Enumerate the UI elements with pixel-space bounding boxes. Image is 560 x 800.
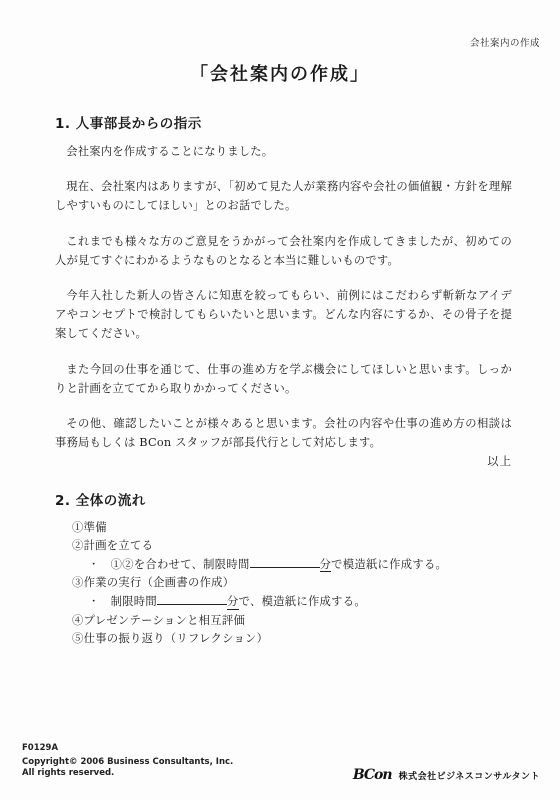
flow-step-4-label: ④プレゼンテーションと相互評価	[72, 614, 245, 627]
section2-heading: 2. 全体の流れ	[55, 489, 512, 509]
flow-bullet-2-pre: 制限時間	[111, 595, 157, 608]
paragraph-3: これまでも様々な方のご意見をうかがって会社案内を作成してきましたが、初めての人が…	[55, 232, 512, 270]
flow-bullet-2: ・制限時間分で、模造紙に作成する。	[88, 593, 512, 612]
paragraph-5: また今回の仕事を通じて、仕事の進め方を学ぶ機会にしてほしいと思います。しっかりと…	[55, 360, 512, 398]
document-code: F0129A	[22, 743, 233, 753]
closing-text: 以上	[55, 452, 512, 471]
document-page: 会社案内の作成 「会社案内の作成」 1. 人事部長からの指示 会社案内を作成する…	[0, 0, 560, 800]
flow-bullet-1-post: で模造紙に作成する。	[331, 558, 447, 571]
section-instructions: 1. 人事部長からの指示 会社案内を作成することになりました。 現在、会社案内は…	[55, 112, 512, 472]
flow-step-1-label: ①準備	[72, 521, 107, 534]
flow-step-2: ②計画を立てる	[72, 537, 512, 556]
flow-step-3: ③作業の実行（企画書の作成）	[72, 574, 512, 593]
flow-step-2-label: ②計画を立てる	[72, 539, 153, 552]
flow-bullet-1-pre: ①②を合わせて、制限時間	[111, 558, 250, 571]
running-header-label: 会社案内の作成	[470, 35, 540, 49]
flow-bullet-1-unit: 分	[320, 558, 332, 573]
page-footer: F0129A Copyright© 2006 Business Consulta…	[22, 743, 540, 778]
flow-step-3-label: ③作業の実行（企画書の作成）	[72, 576, 234, 589]
footer-right-block: BCon 株式会社ビジネスコンサルタント	[353, 767, 540, 783]
fill-in-blank-2	[157, 594, 227, 605]
flow-step-4: ④プレゼンテーションと相互評価	[72, 612, 512, 631]
flow-bullet-2-unit: 分	[227, 595, 239, 610]
bullet-icon: ・	[89, 594, 99, 610]
paragraph-2: 現在、会社案内はありますが、「初めて見た人が業務内容や会社の価値観・方針を理解し…	[55, 177, 512, 215]
company-name: 株式会社ビジネスコンサルタント	[399, 769, 540, 782]
flow-list: ①準備 ②計画を立てる ・①②を合わせて、制限時間分で模造紙に作成する。 ③作業…	[55, 519, 512, 649]
section-overall-flow: 2. 全体の流れ ①準備 ②計画を立てる ・①②を合わせて、制限時間分で模造紙に…	[55, 489, 512, 649]
fill-in-blank-1	[250, 557, 320, 568]
footer-left-block: F0129A Copyright© 2006 Business Consulta…	[22, 743, 233, 778]
flow-bullet-2-post: で、模造紙に作成する。	[239, 595, 366, 608]
document-body: 1. 人事部長からの指示 会社案内を作成することになりました。 現在、会社案内は…	[55, 112, 512, 649]
paragraph-6: その他、確認したいことが様々あると思います。会社の内容や仕事の進め方の相談は事務…	[55, 414, 512, 452]
paragraph-1: 会社案内を作成することになりました。	[55, 142, 512, 161]
flow-step-5-label: ⑤仕事の振り返り（リフレクション）	[72, 632, 268, 645]
paragraph-4: 今年入社した新人の皆さんに知恵を絞ってもらい、前例にはこだわらず斬新なアイデアや…	[55, 286, 512, 344]
copyright-line-2: All rights reserved.	[22, 768, 233, 779]
bullet-icon: ・	[89, 557, 99, 573]
flow-step-5: ⑤仕事の振り返り（リフレクション）	[72, 630, 512, 649]
flow-bullet-1: ・①②を合わせて、制限時間分で模造紙に作成する。	[88, 556, 512, 575]
section1-heading: 1. 人事部長からの指示	[55, 112, 512, 132]
document-title: 「会社案内の作成」	[0, 60, 560, 86]
flow-step-1: ①準備	[72, 519, 512, 538]
copyright-line-1: Copyright© 2006 Business Consultants, In…	[22, 757, 233, 768]
bcon-logo: BCon	[353, 767, 392, 783]
